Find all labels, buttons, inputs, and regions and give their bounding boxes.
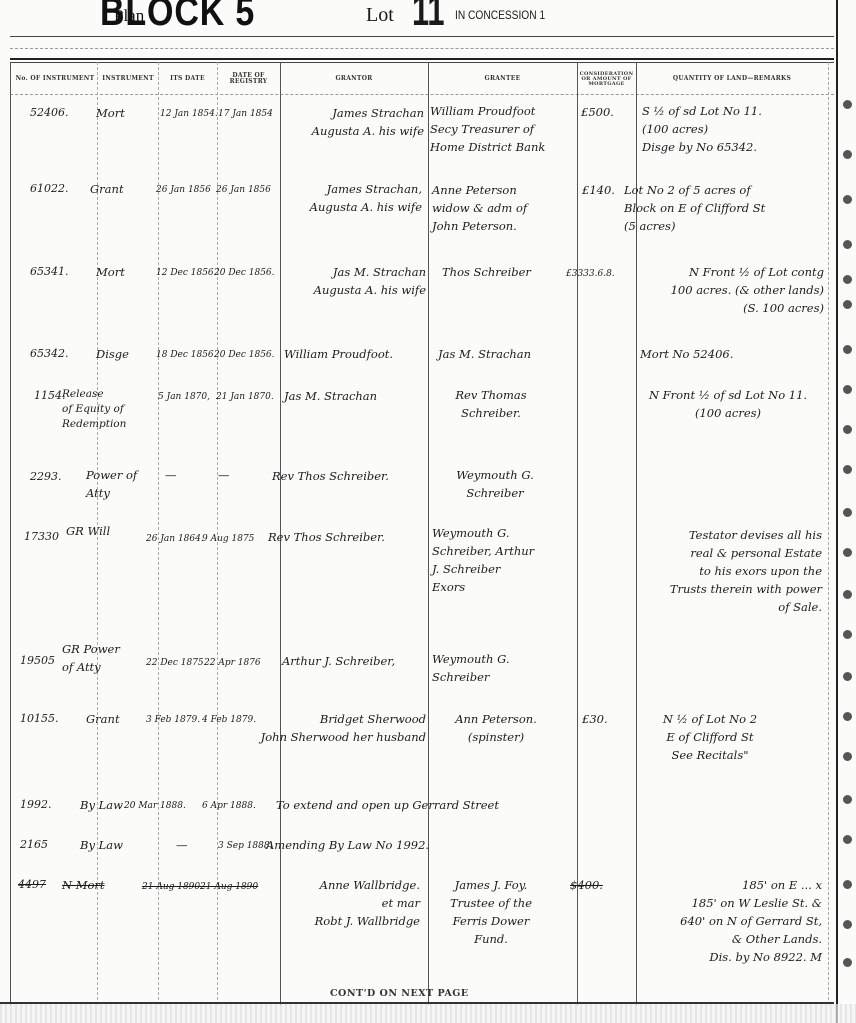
binder-hole-icon: [843, 958, 852, 967]
instrument-type: N Mort: [62, 876, 105, 894]
instrument-number: 19505: [20, 652, 55, 670]
header-bottom-rule: [10, 94, 834, 95]
header-top-rule: [10, 58, 834, 60]
grantor: Rev Thos Schreiber.: [272, 467, 389, 485]
grantor: Anne Wallbridge. et mar Robt J. Wallbrid…: [250, 876, 420, 930]
grantor: Amending By Law No 1992.: [266, 836, 429, 854]
binder-hole-icon: [843, 630, 852, 639]
consideration: £30.: [582, 710, 608, 728]
its-date: 26 Jan 1856: [156, 181, 211, 199]
grantee: Ann Peterson. (spinster): [432, 710, 560, 746]
column-divider: [10, 62, 11, 1005]
binder-hole-icon: [843, 195, 852, 204]
instrument-type: Release of Equity of Redemption: [62, 387, 126, 432]
instrument-type: GR Power of Atty: [62, 640, 120, 676]
grantee: Anne Peterson widow & adm of John Peters…: [432, 181, 527, 235]
binder-hole-icon: [843, 880, 852, 889]
instrument-type: Mort: [96, 263, 125, 281]
registry-date: 22 Apr 1876: [204, 654, 261, 672]
column-header-consideration: CONSIDERATION OR AMOUNT OF MORTGAGE: [577, 66, 636, 92]
grantee: William Proudfoot Secy Treasurer of Home…: [430, 102, 545, 156]
remarks: N Front ½ of Lot contg 100 acres. (& oth…: [596, 263, 824, 317]
grantor: James Strachan Augusta A. his wife: [262, 104, 424, 140]
instrument-type: GR Will: [66, 522, 110, 540]
column-header-instrument: INSTRUMENT: [98, 66, 158, 92]
its-date: 21 Aug 1890.: [142, 878, 203, 896]
page-right-edge: [836, 0, 838, 1023]
its-date: —: [165, 466, 177, 484]
grantor: Jas M. Strachan: [284, 387, 377, 405]
plan-label: Plan: [114, 6, 144, 26]
binder-hole-icon: [843, 240, 852, 249]
instrument-type: Mort: [96, 104, 125, 122]
grantee: Weymouth G. Schreiber: [432, 650, 510, 686]
registry-date: 3 Sep 1888.: [218, 837, 272, 855]
its-date: 22 Dec 1875.: [146, 654, 207, 672]
instrument-number: 1154.: [34, 387, 66, 405]
binder-hole-icon: [843, 300, 852, 309]
remarks: Lot No 2 of 5 acres of Block on E of Cli…: [624, 181, 765, 235]
consideration: £140.: [582, 181, 615, 199]
remarks: N Front ½ of sd Lot No 11. (100 acres): [638, 386, 818, 422]
instrument-number: 17330: [24, 528, 59, 546]
grantee: Thos Schreiber: [442, 263, 531, 281]
remarks: S ½ of sd Lot No 11. (100 acres) Disge b…: [642, 102, 762, 156]
column-header-number: No. OF INSTRUMENT: [14, 66, 96, 92]
title-rule: [10, 36, 834, 37]
registry-date: 9 Aug 1875: [202, 530, 254, 548]
grantor: William Proudfoot.: [284, 345, 393, 363]
instrument-type: Grant: [90, 180, 124, 198]
remarks: 185' on E ... x 185' on W Leslie St. & 6…: [566, 876, 822, 966]
header-top-rule-2: [10, 62, 834, 63]
grantee: Jas M. Strachan: [438, 345, 531, 363]
instrument-number: 2165: [20, 836, 48, 854]
grantee: Rev Thomas Schreiber.: [436, 386, 546, 422]
lot-label: Lot: [366, 4, 394, 27]
its-date: 12 Jan 1854.: [160, 105, 218, 123]
grantor: Arthur J. Schreiber,: [282, 652, 395, 670]
remarks: N ½ of Lot No 2 E of Clifford St See Rec…: [620, 710, 800, 764]
binder-hole-icon: [843, 920, 852, 929]
its-date: 26 Jan 1864.: [146, 530, 204, 548]
column-header-grantor: GRANTOR: [280, 66, 428, 92]
instrument-type: By Law: [80, 836, 123, 854]
column-divider: [828, 62, 829, 1005]
binder-hole-icon: [843, 672, 852, 681]
binder-hole-icon: [843, 385, 852, 394]
binder-hole-icon: [843, 345, 852, 354]
instrument-number: 2293.: [30, 468, 62, 486]
instrument-type: Power of Atty: [86, 466, 137, 502]
binder-hole-icon: [843, 712, 852, 721]
registry-date: 21 Jan 1870.: [216, 388, 274, 406]
binder-hole-icon: [843, 548, 852, 557]
instrument-type: Disge: [96, 345, 129, 363]
continued-note: CONT'D ON NEXT PAGE: [330, 988, 469, 999]
instrument-type: By Law: [80, 796, 123, 814]
its-date: 20 Mar 1888.: [124, 797, 186, 815]
grantor: Jas M. Strachan Augusta A. his wife: [256, 263, 426, 299]
its-date: 18 Dec 1856.: [156, 346, 217, 364]
lot-number: 11: [412, 0, 445, 36]
instrument-number: 65342.: [30, 345, 69, 363]
binder-hole-icon: [843, 465, 852, 474]
instrument-type: Grant: [86, 710, 120, 728]
binder-hole-icon: [843, 275, 852, 284]
its-date: —: [176, 836, 188, 854]
remarks: Testator devises all his real & personal…: [572, 526, 822, 616]
grantee: James J. Foy. Trustee of the Ferris Dowe…: [432, 876, 550, 948]
binder-hole-icon: [843, 752, 852, 761]
grantor: James Strachan, Augusta A. his wife: [256, 180, 422, 216]
binder-hole-icon: [843, 150, 852, 159]
title-rule-dashed: [10, 48, 834, 49]
concession-label: IN CONCESSION 1: [455, 8, 545, 22]
its-date: 5 Jan 1870,: [158, 388, 210, 406]
instrument-number: 10155.: [20, 710, 59, 728]
column-header-its-date: ITS DATE: [158, 66, 217, 92]
instrument-number: 65341.: [30, 263, 69, 281]
remarks: Mort No 52406.: [640, 345, 733, 363]
consideration: £500.: [581, 103, 614, 121]
registry-date: 6 Apr 1888.: [202, 797, 256, 815]
column-header-remarks: QUANTITY OF LAND—REMARKS: [636, 66, 828, 92]
grantee: Weymouth G. Schreiber, Arthur J. Schreib…: [432, 524, 534, 596]
grantor: Bridget Sherwood John Sherwood her husba…: [214, 710, 426, 746]
column-divider: [428, 62, 429, 1005]
instrument-number: 52406.: [30, 104, 69, 122]
ledger-page: BLOCK 5 Plan Lot 11 IN CONCESSION 1 No. …: [0, 0, 856, 1023]
binder-hole-icon: [843, 425, 852, 434]
grantor: Rev Thos Schreiber.: [268, 528, 385, 546]
instrument-number: 4497: [18, 876, 46, 894]
binder-hole-icon: [843, 835, 852, 844]
its-date: 3 Feb 1879.: [146, 711, 200, 729]
binder-hole-icon: [843, 508, 852, 517]
its-date: 12 Dec 1856.: [156, 264, 217, 282]
registry-date: —: [218, 466, 230, 484]
column-header-grantee: GRANTEE: [428, 66, 577, 92]
scan-noise: [0, 1004, 856, 1023]
column-header-registry-date: DATE OF REGISTRY: [217, 66, 280, 92]
instrument-number: 61022.: [30, 180, 69, 198]
grantor: To extend and open up Gerrard Street: [276, 796, 499, 814]
binder-hole-icon: [843, 100, 852, 109]
grantee: Weymouth G. Schreiber: [436, 466, 554, 502]
registry-date: 20 Dec 1856.: [214, 346, 275, 364]
binder-hole-icon: [843, 590, 852, 599]
binder-hole-icon: [843, 795, 852, 804]
instrument-number: 1992.: [20, 796, 52, 814]
